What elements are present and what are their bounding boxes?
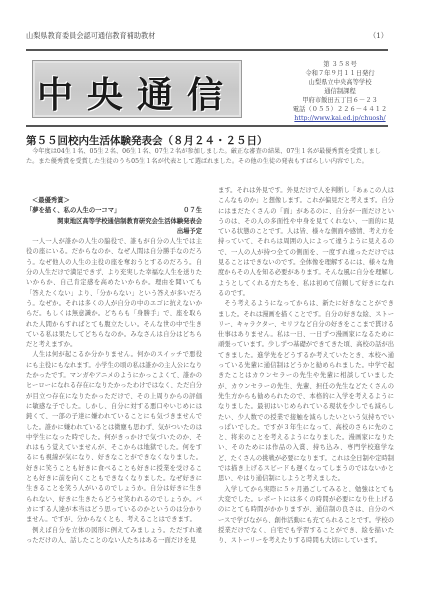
award-label: ＜最優秀賞＞	[26, 196, 202, 206]
issue-number: 第 ３５８号	[280, 60, 400, 69]
body-paragraph: そう考えるようになってからは、新たに好きなことができました。それは漫画を描くこと…	[218, 299, 394, 484]
phone: 電話（０５５）２２６－４４１２	[280, 105, 400, 114]
masthead-divider	[26, 125, 388, 127]
body-paragraph: 例えば自分を立体の図形に例えてみましょう。ただすれ違っただけの人、話したことのな…	[26, 526, 202, 547]
body-paragraph: ます。それは外見です。外見だけで人を判断し「あぁこの人はこんなものか」と想像しま…	[218, 186, 394, 299]
address: 甲府市飯田五丁目６－２３	[280, 96, 400, 105]
body-paragraph: 人生は何が起こるか分かりません。何かのスイッチで悪役にも主役にもなれます。小学生…	[26, 350, 202, 525]
publisher-line: 山梨県教育委員会認可通信教育補助教材	[26, 31, 155, 40]
body-paragraph: 一人一人が誰かの人生の脇役で、誰もが自分の人生では主役の座にいる。だからなのか、…	[26, 237, 202, 350]
body-paragraph: 入学してから実際に５ヶ月過ごしてみると、勉強はとても大変でした。レポートには多く…	[218, 485, 394, 547]
award-status: 出場予定	[26, 227, 202, 237]
article-column-left: ＜最優秀賞＞ 「夢を描く、私の人生の一コマ」 ０７生 関東地区高等学校通信制教育…	[26, 196, 202, 546]
speaker-grade: ０７生	[183, 206, 202, 216]
masthead-title: 中央通信	[33, 67, 241, 118]
header-divider	[26, 49, 388, 51]
award-event: 関東地区高等学校通信制教育研究会生活体験発表会	[26, 217, 202, 227]
department: 通信制課程	[280, 87, 400, 96]
page-number: （1）	[369, 31, 388, 41]
page-header: 山梨県教育委員会認可通信教育補助教材 （1）	[26, 31, 388, 43]
award-title-row: 「夢を描く、私の人生の一コマ」 ０７生	[26, 206, 202, 216]
school-url-link[interactable]: http://www.kai.ed.jp/chuosh/	[280, 114, 400, 123]
speech-title: 「夢を描く、私の人生の一コマ」	[26, 206, 120, 216]
article-intro: 今年度は04生１名、05生２名、06生１名、07生２名が参加しました。厳正な審査…	[26, 147, 390, 167]
article-title: 第５５回校内生活体験発表会（８月２４・２５日）	[26, 133, 268, 148]
school-name: 山梨県立中央高等学校	[280, 78, 400, 87]
article-column-right: ます。それは外見です。外見だけで人を判断し「あぁこの人はこんなものか」と想像しま…	[218, 186, 394, 546]
masthead-logo: 中央通信	[32, 60, 242, 118]
issue-date: 令和７年９月１１日発行	[280, 69, 400, 78]
issue-info: 第 ３５８号 令和７年９月１１日発行 山梨県立中央高等学校 通信制課程 甲府市飯…	[280, 60, 400, 123]
